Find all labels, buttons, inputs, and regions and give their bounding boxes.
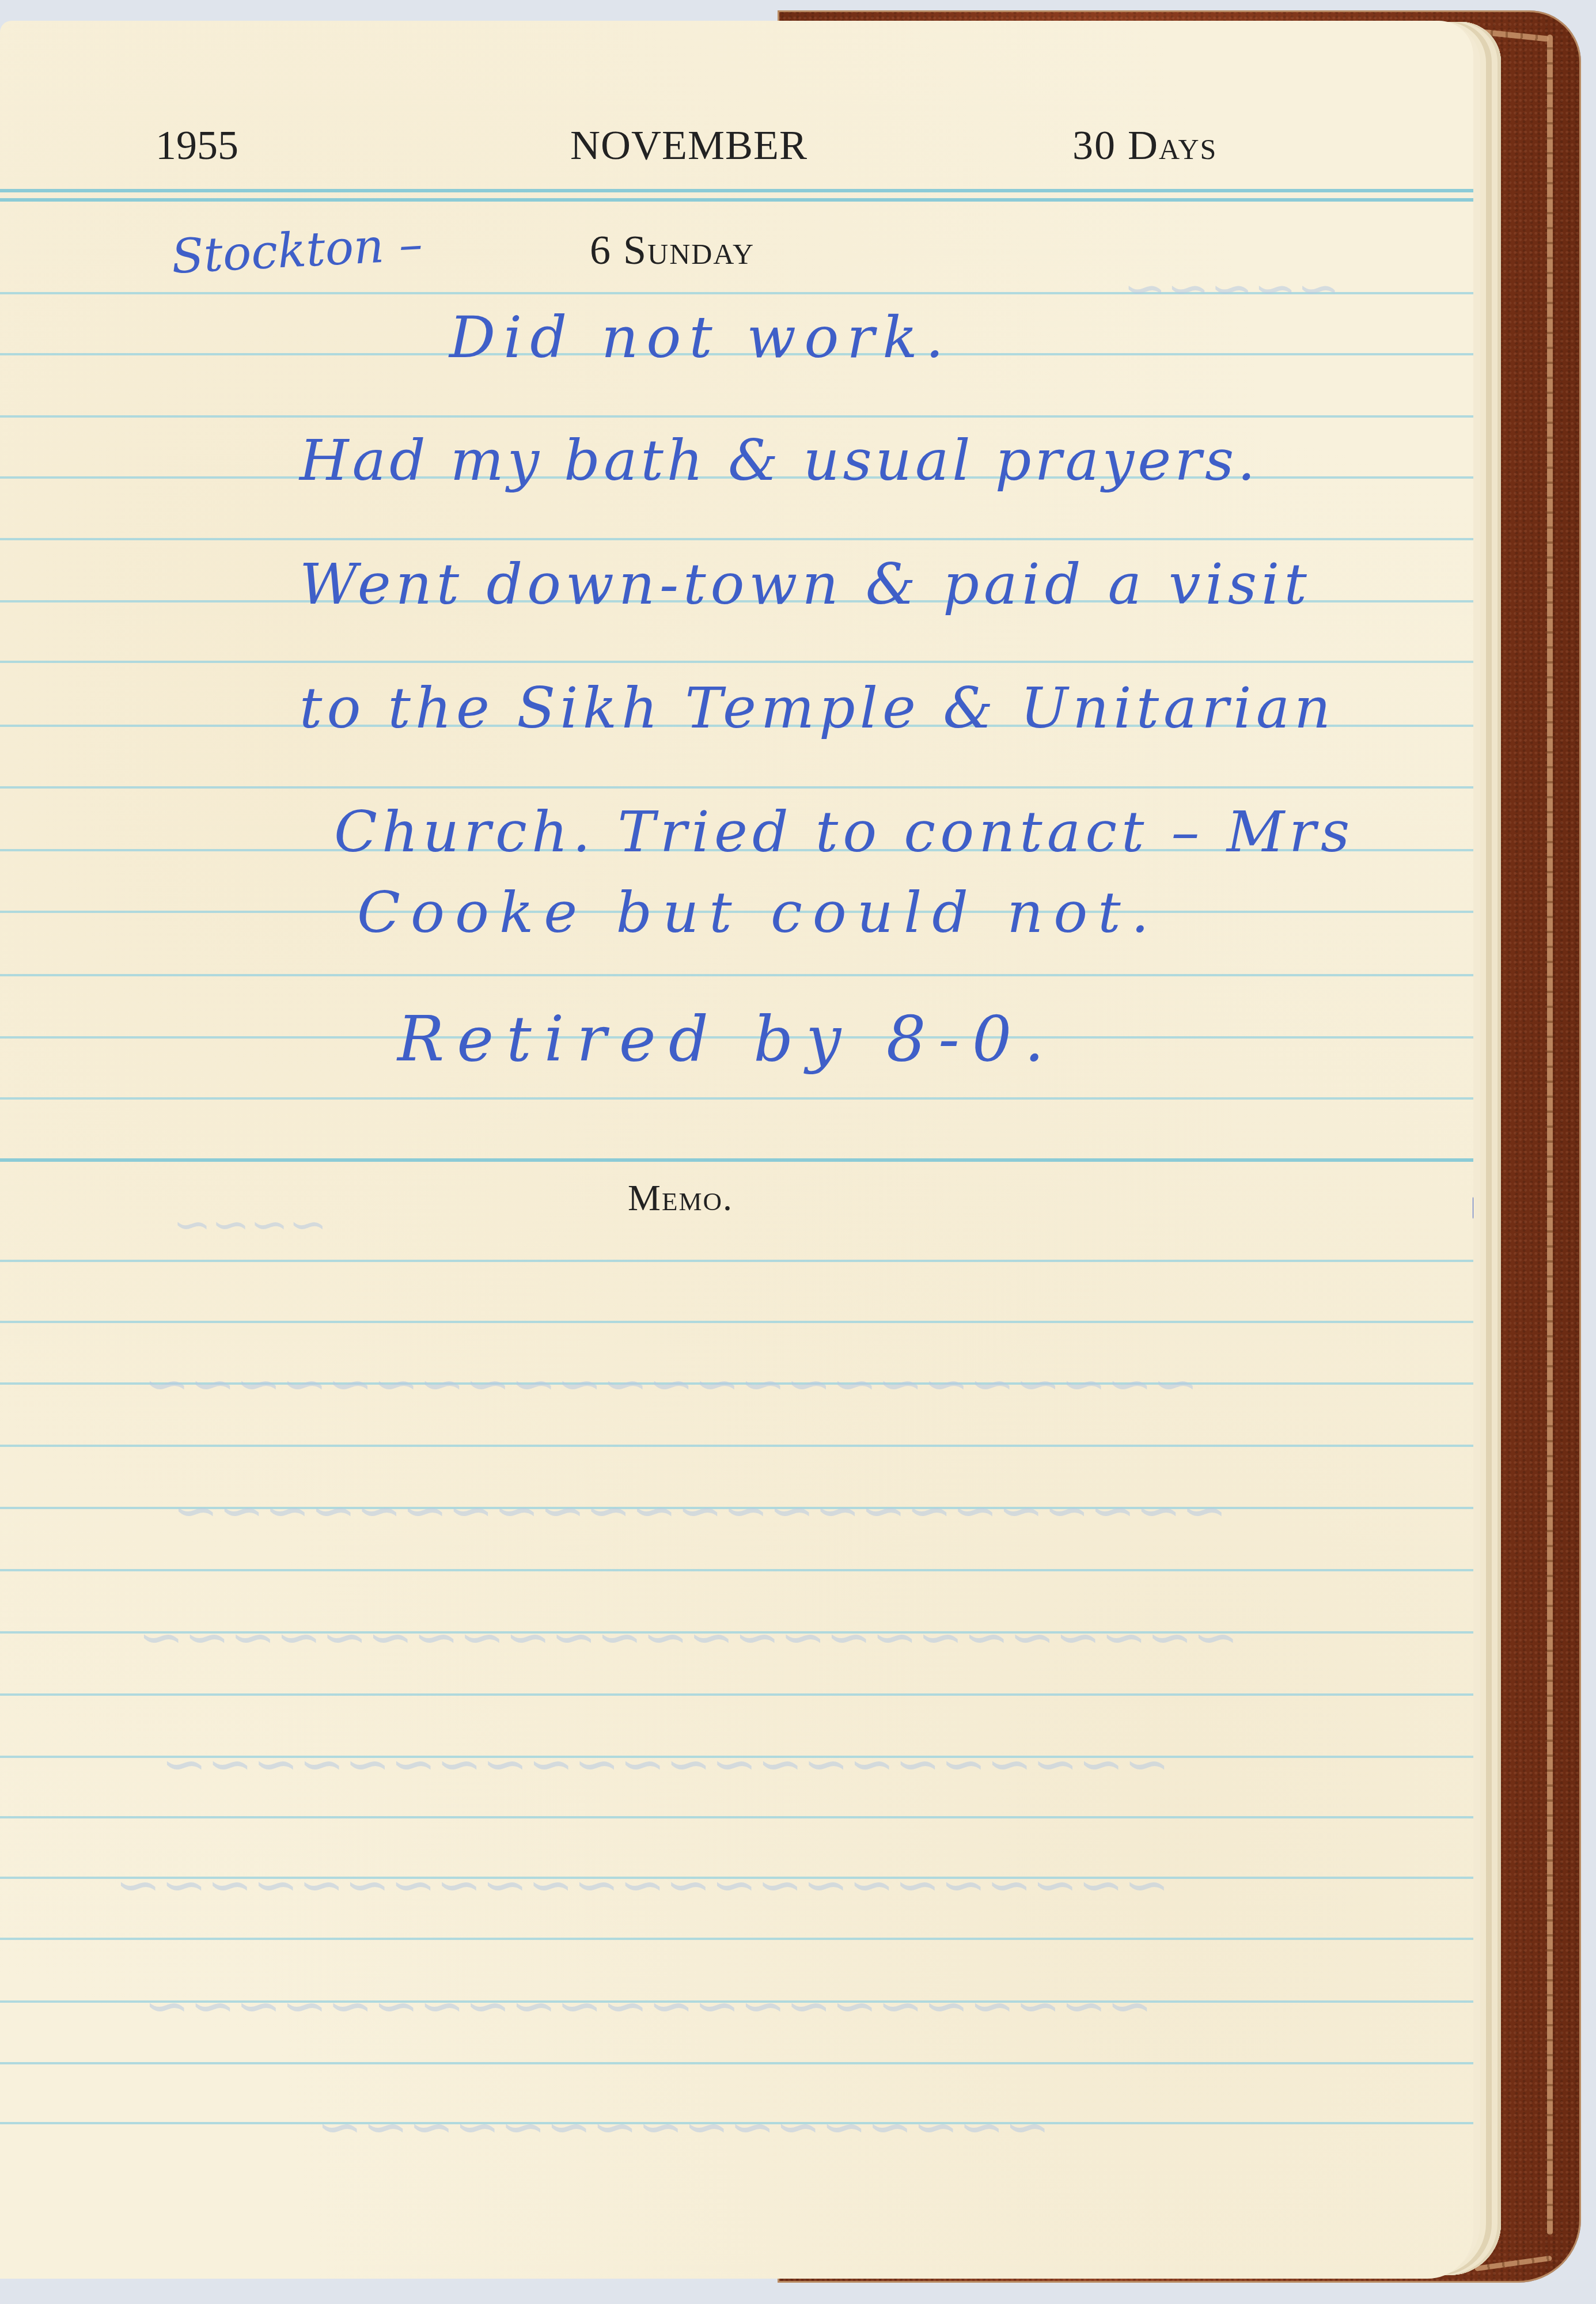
ruled-line	[0, 1938, 1473, 1940]
ruled-line	[0, 1816, 1473, 1818]
handwritten-line-7: Retired by 8-0.	[397, 1009, 1057, 1071]
handwritten-line-6: Cooke but could not.	[357, 885, 1159, 941]
ruled-line	[0, 1321, 1473, 1323]
ruled-line	[0, 1445, 1473, 1447]
ruled-line	[0, 1693, 1473, 1696]
ruled-line	[0, 1097, 1473, 1100]
ruled-line	[0, 661, 1473, 663]
ruled-line	[0, 1260, 1473, 1262]
ruled-line	[0, 2062, 1473, 2064]
bleed-through-text: ~~~~~~~~~~~~~~~~~~~~~~~~	[138, 1610, 1238, 1665]
bleed-through-text: ~~~~~~~~~~~~~~~~~~~~~~~	[144, 1357, 1199, 1412]
bleed-through-text: ~~~~~~~~~~~~~~~~~~~~~~	[144, 1979, 1153, 2034]
bleed-through-text: ~~~~~~~~~~~~~~~~	[317, 2100, 1051, 2155]
ruled-line	[0, 786, 1473, 789]
bleed-through-text: ~~~~~~~~~~~~~~~~~~~~~~	[161, 1737, 1170, 1792]
header-days-in-month: 30 Days	[1072, 124, 1217, 166]
header-year: 1955	[156, 124, 238, 166]
bleed-through-text: ~~~~~	[1123, 263, 1340, 314]
bleed-through-text: ~~~~	[173, 1202, 327, 1248]
ruled-line	[0, 538, 1473, 540]
ink-mark	[1473, 1104, 1473, 1123]
bleed-through-text: ~~~~~~~~~~~~~~~~~~~~~~~	[173, 1484, 1227, 1538]
handwritten-line-1: Did not work.	[449, 309, 952, 366]
handwritten-line-3: Went down-town & paid a visit	[300, 556, 1311, 613]
memo-heading: Memo.	[628, 1180, 733, 1217]
ruled-line	[0, 415, 1473, 418]
cover-stitching	[1547, 35, 1553, 2235]
handwritten-line-2: Had my bath & usual prayers.	[300, 433, 1259, 489]
bleed-through-text: ~~~~~~~~~~~~~~~~~~~~~~~	[115, 1858, 1170, 1913]
handwritten-line-4: to the Sikh Temple & Unitarian	[300, 680, 1335, 737]
ruled-line	[0, 1569, 1473, 1571]
handwritten-line-5: Church. Tried to contact – Mrs	[334, 804, 1354, 861]
memo-separator-rule	[0, 1158, 1473, 1162]
day-heading: 6 Sunday	[590, 229, 755, 271]
ink-mark	[1473, 1196, 1473, 1219]
header-double-rule-1	[0, 189, 1473, 192]
ruled-line	[0, 974, 1473, 976]
handwritten-location: Stockton –	[170, 221, 424, 281]
header-double-rule-2	[0, 198, 1473, 202]
diary-page: ~~~~~ ~~~~ ~~~~~~~~~~~~~~~~~~~~~~~ ~~~~~…	[0, 21, 1473, 2279]
header-month: NOVEMBER	[570, 124, 808, 166]
